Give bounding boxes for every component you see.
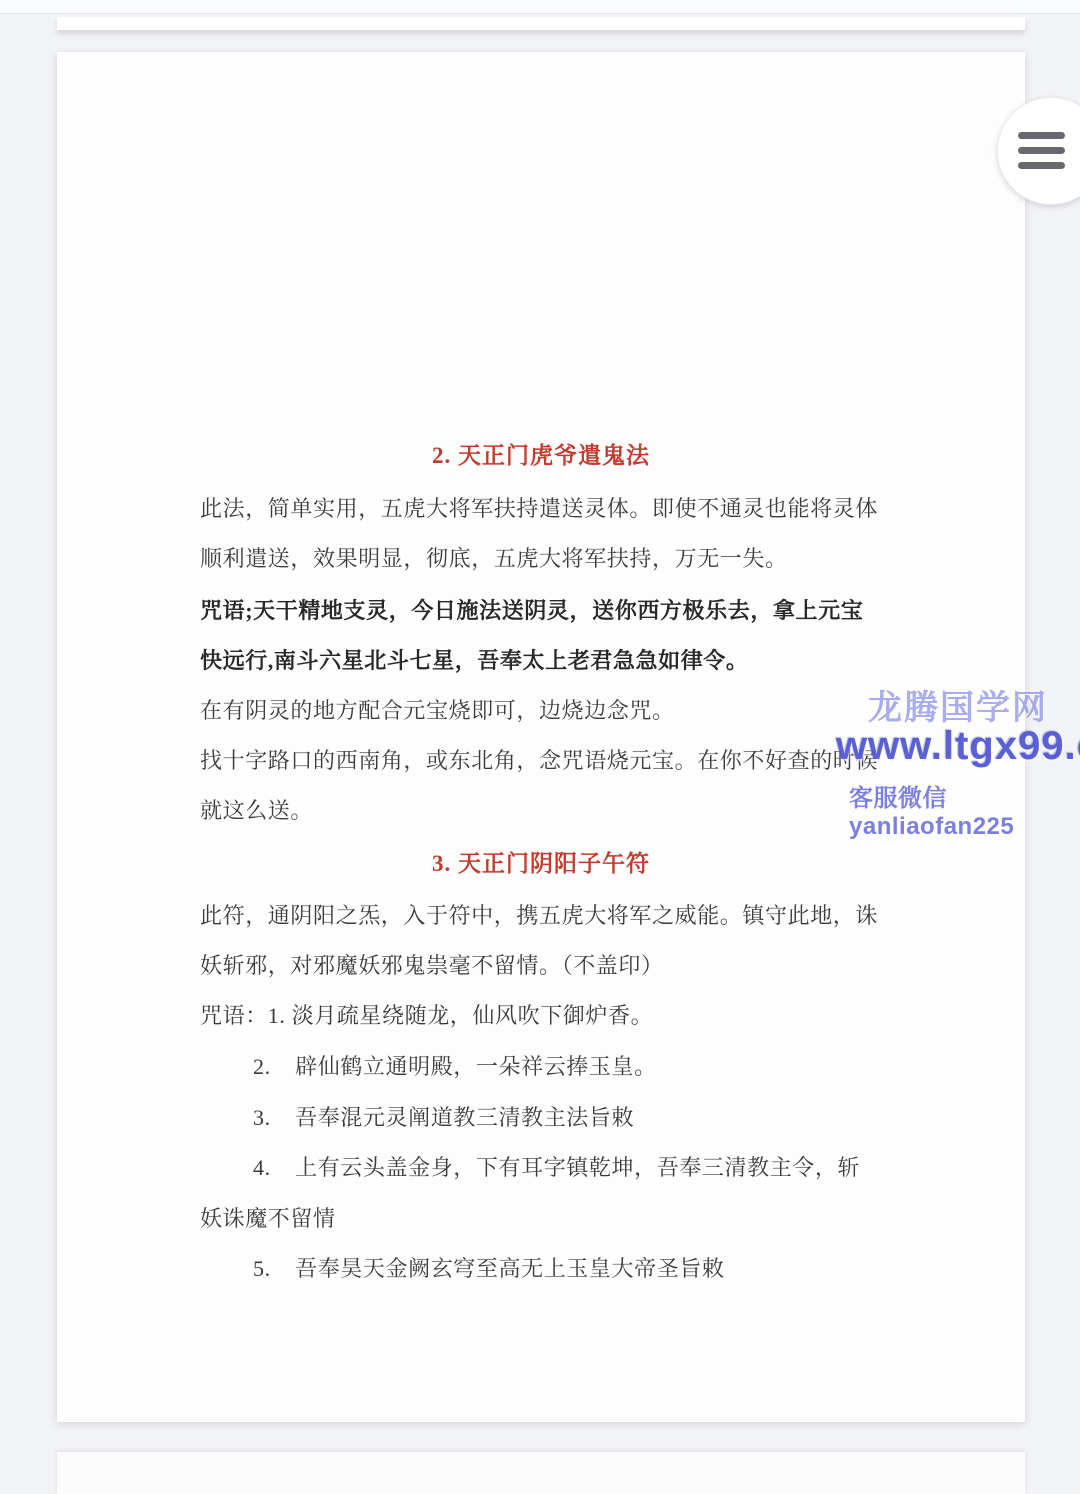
hamburger-icon bbox=[1018, 132, 1066, 172]
text-line: 此符，通阴阳之炁，入于符中，携五虎大将军之威能。镇守此地，诛 bbox=[200, 901, 878, 931]
text-line: 妖斩邪，对邪魔妖邪鬼祟毫不留情。（不盖印） bbox=[200, 951, 664, 981]
text-line: 此法，简单实用，五虎大将军扶持遣送灵体。即使不通灵也能将灵体 bbox=[200, 494, 878, 524]
text-line: 2. 辟仙鹤立通明殿，一朵祥云捧玉皇。 bbox=[253, 1052, 657, 1082]
document-page: 2. 天正门虎爷遣鬼法此法，简单实用，五虎大将军扶持遣送灵体。即使不通灵也能将灵… bbox=[57, 52, 1025, 1422]
text-line: 4. 上有云头盖金身，下有耳字镇乾坤，吾奉三清教主令，斩 bbox=[253, 1153, 860, 1183]
text-line: 找十字路口的西南角，或东北角，念咒语烧元宝。在你不好查的时候 bbox=[200, 746, 878, 776]
section-heading: 2. 天正门虎爷遣鬼法 bbox=[57, 441, 1025, 471]
previous-page-bottom bbox=[57, 17, 1025, 30]
text-line: 在有阴灵的地方配合元宝烧即可，边烧边念咒。 bbox=[200, 696, 675, 726]
text-line: 5. 吾奉昊天金阙玄穹至高无上玉皇大帝圣旨敕 bbox=[253, 1254, 725, 1284]
text-line: 顺利遣送，效果明显，彻底，五虎大将军扶持，万无一失。 bbox=[200, 544, 788, 574]
section-heading: 3. 天正门阴阳子午符 bbox=[57, 849, 1025, 879]
document-lines: 2. 天正门虎爷遣鬼法此法，简单实用，五虎大将军扶持遣送灵体。即使不通灵也能将灵… bbox=[57, 52, 1025, 1422]
next-page-top bbox=[57, 1452, 1025, 1494]
text-line: 咒语;天干精地支灵，今日施法送阴灵，送你西方极乐去，拿上元宝 bbox=[200, 596, 863, 626]
text-line: 快远行,南斗六星北斗七星，吾奉太上老君急急如律令。 bbox=[200, 646, 749, 676]
text-line: 妖诛魔不留情 bbox=[200, 1204, 336, 1234]
text-line: 就这么送。 bbox=[200, 796, 313, 826]
text-line: 3. 吾奉混元灵阐道教三清教主法旨敕 bbox=[253, 1103, 634, 1133]
top-app-edge bbox=[0, 0, 1080, 14]
text-line: 咒语：1. 淡月疏星绕随龙，仙风吹下御炉香。 bbox=[200, 1001, 653, 1031]
